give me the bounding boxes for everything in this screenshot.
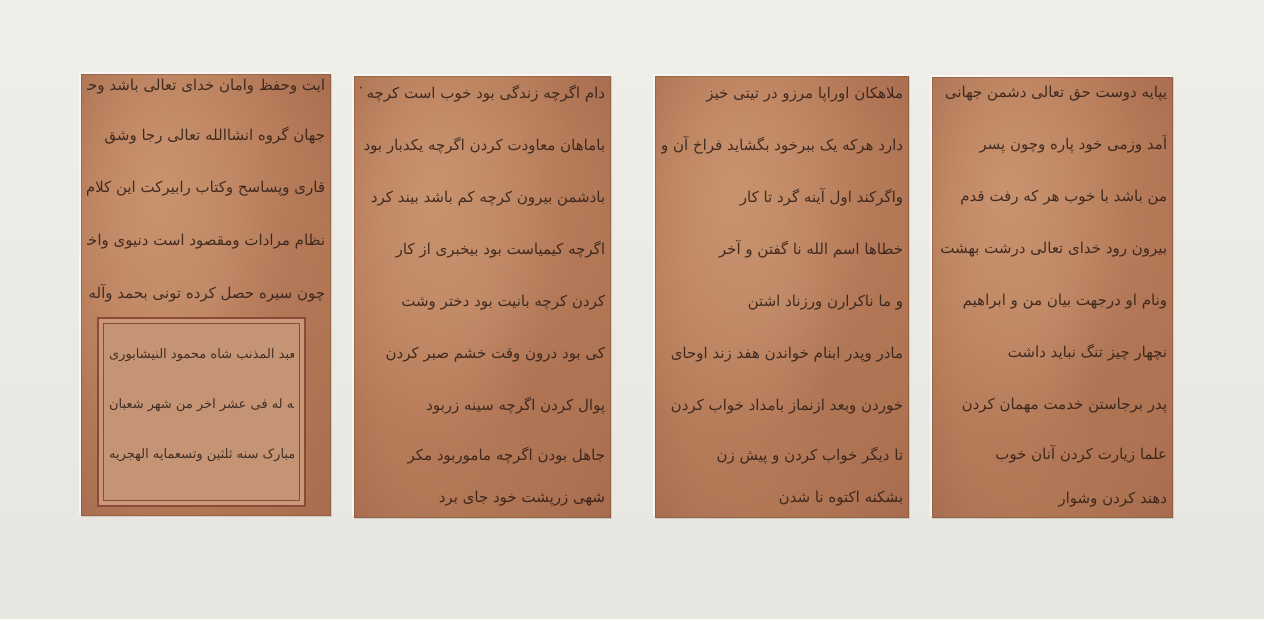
colophon-box: کتبه العبد المذنب شاه محمود النیشابوری غ… xyxy=(97,317,306,507)
folio-2-text: دام اگرچه زندگی بود خوب است کرچه کیرد با… xyxy=(360,76,605,518)
text-line: جاهل بودن اگرچه ماموربود مکر xyxy=(360,446,605,468)
text-line: بادشمن بیرون کرچه کم باشد بیند کرد xyxy=(360,188,605,210)
text-line: کردن کرچه بانیت بود دختر وشت xyxy=(360,292,605,314)
colophon-line: المبارک سنه ثلثین وتسعمایه الهجریه xyxy=(109,447,294,469)
folio-3: ملاهکان اوراپا مرزو در تیتی خیز دارد هرک… xyxy=(655,76,909,518)
text-line: باماهان معاودت کردن اگرچه یکدبار بود xyxy=(360,136,605,158)
text-line: خوردن وبعد ازنماز بامداد خواب کردن xyxy=(661,396,903,418)
text-line: بیرون رود خدای تعالی درشت بهشت xyxy=(938,239,1167,261)
text-line: و ما ناکرارن ورزناد اشتن xyxy=(661,292,903,314)
text-line: من باشد با خوب هر که رفت قدم xyxy=(938,187,1167,209)
folio-4: یپایه دوست حق تعالی دشمن جهانی آمد وزمی … xyxy=(932,77,1173,518)
text-line: واگرکند اول آینه گرد تا کار xyxy=(661,188,903,210)
text-line: جهان گروه انشاالله تعالی رجا وشق xyxy=(87,126,325,148)
text-line: پوال کردن اگرچه سینه زربود xyxy=(360,396,605,418)
colophon-line: غفرالله له فی عشر آخر من شهر شعبان xyxy=(109,397,294,419)
text-line: ونام او درجهت بیان من و ابراهیم xyxy=(938,291,1167,313)
text-line: پدر برجاستن خدمت مهمان کردن xyxy=(938,395,1167,417)
text-line: علما زیارت کردن آنان خوب xyxy=(938,445,1167,467)
text-line: کی بود درون وقت خشم صبر کردن xyxy=(360,344,605,366)
text-line: شهی زرپشت خود جای برد xyxy=(360,488,605,510)
folio-3-text: ملاهکان اوراپا مرزو در تیتی خیز دارد هرک… xyxy=(661,76,903,518)
text-line: خطاها اسم الله نا گفتن و آخر xyxy=(661,240,903,262)
folio-4-text: یپایه دوست حق تعالی دشمن جهانی آمد وزمی … xyxy=(938,77,1167,518)
text-line: تا دیگر خواب کردن و پیش زن xyxy=(661,446,903,468)
text-line: مادر وپدر ابنام خواندن هفد زند اوحای xyxy=(661,344,903,366)
text-line: نچهار چیز تنگ نباید داشت xyxy=(938,343,1167,365)
colophon-line: کتبه العبد المذنب شاه محمود النیشابوری xyxy=(109,347,294,369)
folio-2: دام اگرچه زندگی بود خوب است کرچه کیرد با… xyxy=(354,76,611,518)
text-line: بشکنه اکتوه نا شدن xyxy=(661,488,903,510)
text-line: ایت وحفظ وامان خدای تعالی باشد وحجت xyxy=(87,76,325,98)
text-line: دهند کردن وشوار xyxy=(938,489,1167,511)
text-line: چون سیره حصل کرده تونی بحمد وآله xyxy=(87,284,325,306)
text-line: قاری وپساسح وکتاب رابیرکت این کلام xyxy=(87,178,325,200)
text-line: یپایه دوست حق تعالی دشمن جهانی xyxy=(938,83,1167,105)
text-line: آمد وزمی خود پاره وچون پسر xyxy=(938,135,1167,157)
text-line: دام اگرچه زندگی بود خوب است کرچه کیرد xyxy=(360,84,605,106)
text-line: اگرچه کیمیاست بود بیخبری از کار xyxy=(360,240,605,262)
text-line: نظام مرادات ومقصود است دنیوی واخروی xyxy=(87,231,325,253)
folio-1: ایت وحفظ وامان خدای تعالی باشد وحجت جهان… xyxy=(81,74,331,516)
text-line: ملاهکان اوراپا مرزو در تیتی خیز xyxy=(661,84,903,106)
text-line: دارد هرکه یک ببرخود بگشاید فراخ آن وشی xyxy=(661,136,903,158)
